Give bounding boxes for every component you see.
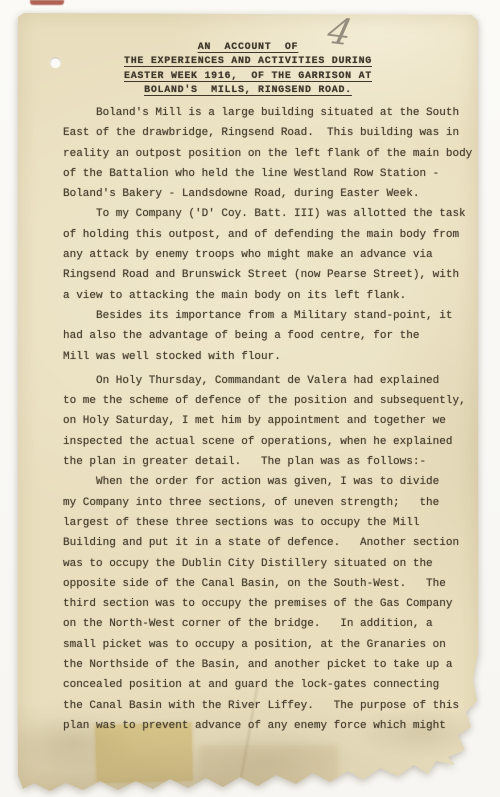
paragraph-3: Besides its importance from a Military s… bbox=[63, 306, 485, 367]
title-line-1: AN ACCOUNT OF bbox=[18, 41, 478, 55]
title-line-2: THE EXPERIENCES AND ACTIVITIES DURING bbox=[18, 55, 478, 69]
title-line-4: BOLAND'S MILLS, RINGSEND ROAD. bbox=[18, 84, 478, 98]
title-line-3: EASTER WEEK 1916, OF THE GARRISON AT bbox=[18, 70, 478, 84]
paper-sheet: 4 AN ACCOUNT OF THE EXPERIENCES AND ACTI… bbox=[18, 13, 478, 793]
document-body: Boland's Mill is a large building situat… bbox=[63, 103, 485, 736]
tape-stain-faint bbox=[198, 745, 338, 791]
paragraph-1: Boland's Mill is a large building situat… bbox=[63, 103, 485, 204]
paragraph-2: To my Company ('D' Coy. Batt. III) was a… bbox=[63, 204, 485, 305]
paragraph-5: When the order for action was given, I w… bbox=[63, 472, 485, 736]
scan-artifact-mark bbox=[30, 0, 64, 5]
paragraph-4: On Holy Thursday, Commandant de Valera h… bbox=[63, 371, 485, 472]
document-title: AN ACCOUNT OF THE EXPERIENCES AND ACTIVI… bbox=[18, 41, 478, 98]
scan-background: 4 AN ACCOUNT OF THE EXPERIENCES AND ACTI… bbox=[0, 0, 500, 797]
